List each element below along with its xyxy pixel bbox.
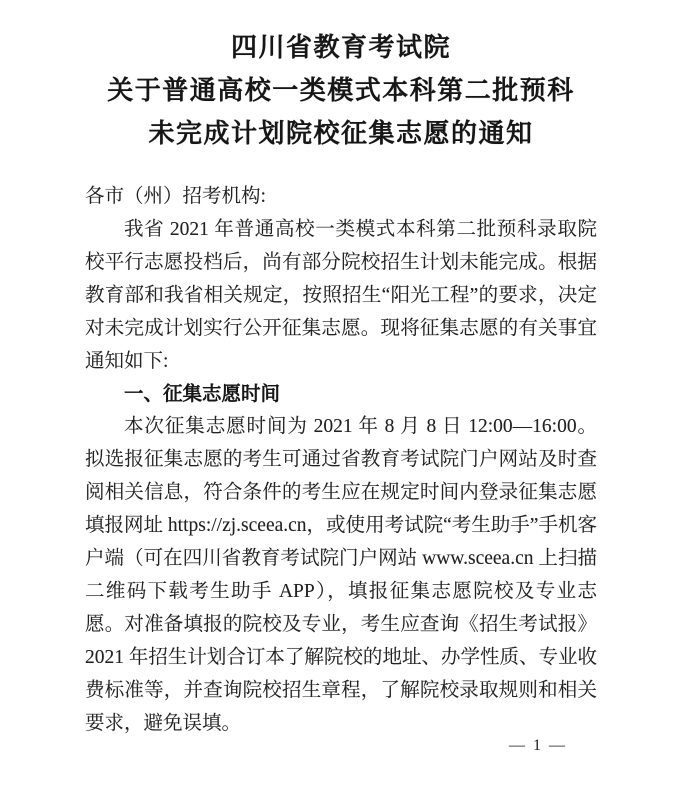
section-paragraph-volunteer-time: 本次征集志愿时间为 2021 年 8 月 8 日 12:00—16:00。拟选报…: [85, 411, 597, 740]
page-number: — 1 —: [509, 735, 567, 757]
section-heading-volunteer-time: 一、征集志愿时间: [85, 378, 597, 411]
document-body: 各市（州）招考机构: 我省 2021 年普通高校一类模式本科第二批预科录取院校平…: [85, 181, 597, 740]
scanned-notice-page: 四川省教育考试院 关于普通高校一类模式本科第二批预科 未完成计划院校征集志愿的通…: [0, 0, 680, 800]
document-title-line-1: 四川省教育考试院: [85, 26, 597, 69]
document-content: 四川省教育考试院 关于普通高校一类模式本科第二批预科 未完成计划院校征集志愿的通…: [0, 0, 680, 740]
document-title: 四川省教育考试院 关于普通高校一类模式本科第二批预科 未完成计划院校征集志愿的通…: [85, 26, 597, 155]
document-title-line-2: 关于普通高校一类模式本科第二批预科: [85, 69, 597, 112]
intro-paragraph: 我省 2021 年普通高校一类模式本科第二批预科录取院校平行志愿投档后，尚有部分…: [85, 214, 597, 379]
document-title-line-3: 未完成计划院校征集志愿的通知: [85, 112, 597, 155]
salutation-line: 各市（州）招考机构:: [85, 181, 597, 214]
